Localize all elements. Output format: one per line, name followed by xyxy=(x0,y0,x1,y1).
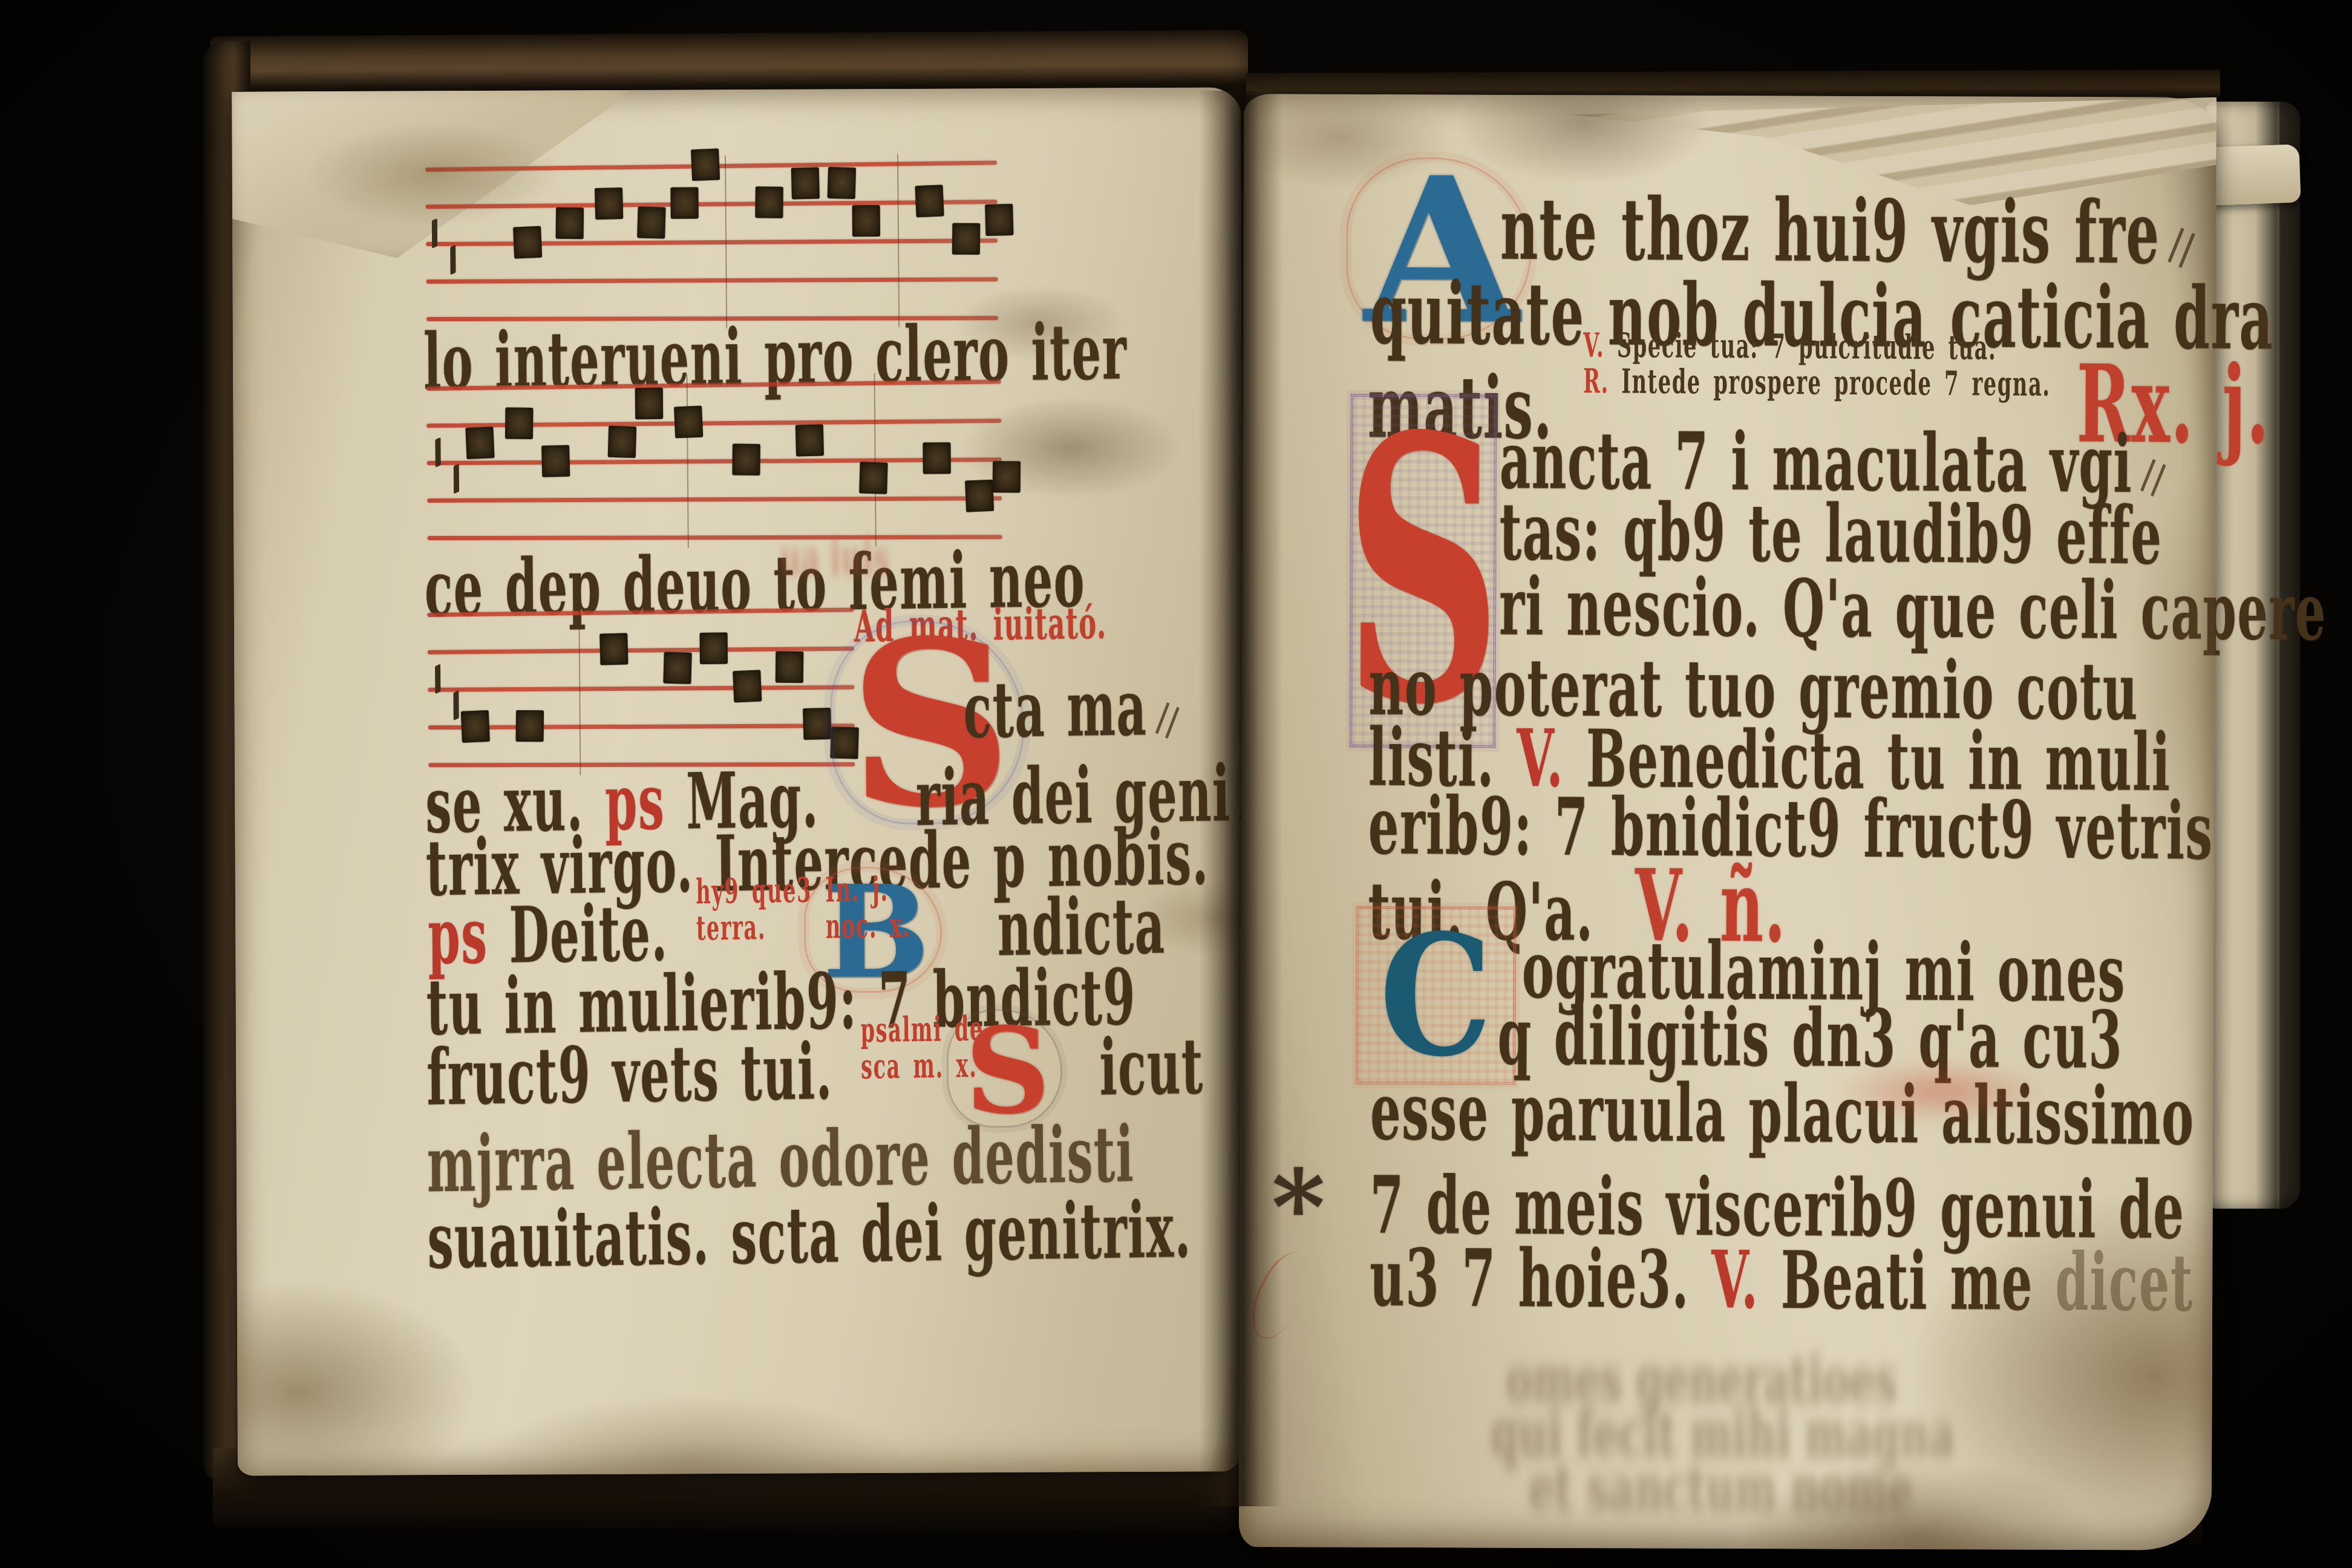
music-staff-3 xyxy=(427,609,855,771)
neume-note xyxy=(599,633,628,665)
rubric-text: noc. x. xyxy=(826,906,911,947)
music-staff-1 xyxy=(425,162,998,324)
neume-note xyxy=(952,223,980,255)
neume-note xyxy=(670,187,698,218)
rubric-stack-line: In. j. xyxy=(825,871,910,909)
neume-tick xyxy=(435,664,440,694)
neume-note xyxy=(505,407,533,439)
text-segment: icut xyxy=(1099,1022,1204,1113)
staff-line xyxy=(426,238,998,246)
show-through-line: et sanctum nome xyxy=(1529,1450,1913,1527)
line-filler-mark: // xyxy=(2167,220,2197,275)
rubric-text: V. xyxy=(1583,325,1617,365)
staff-line xyxy=(427,496,1002,503)
neume-tick xyxy=(454,464,459,494)
text-segment: V. xyxy=(1711,1234,1781,1327)
right-page-content: Ante thoz hui9 vgis fre//quitate nob dul… xyxy=(1239,94,2216,1550)
rubric-stack-line: hy9 que3 xyxy=(696,872,812,910)
neume-note xyxy=(516,710,544,742)
small-rubric-stack: psalmi desca m. x. xyxy=(860,1010,984,1086)
neume-note xyxy=(828,166,856,198)
neume-note xyxy=(595,188,623,220)
staff-line xyxy=(427,457,1002,465)
penwork-star-ornament: * xyxy=(1272,1177,1325,1238)
rubric-text: hy9 que3 xyxy=(696,870,812,911)
text-segment: esse paruula placui altissimo xyxy=(1370,1065,2195,1163)
neume-note xyxy=(733,670,762,702)
small-rubric-stack: hy9 que3terra. xyxy=(696,872,812,947)
neume-note xyxy=(803,708,831,740)
chant-text-line: esse paruula placui altissimo xyxy=(1370,1073,2195,1157)
staff-line xyxy=(428,685,854,692)
text-segment: dicet xyxy=(2033,1236,2194,1330)
left-page-content: lo interueni pro clero iterce dep deuo t… xyxy=(232,87,1247,1475)
neume-note xyxy=(674,406,703,439)
rubric-stack-line: V. Specie tua: 7 pulcritudie tua. xyxy=(1583,327,2051,367)
neume-tick xyxy=(450,245,456,275)
neume-note xyxy=(541,445,570,477)
staff-line xyxy=(428,724,855,730)
neume-note xyxy=(465,426,494,459)
neume-note xyxy=(556,207,584,238)
neume-tick xyxy=(453,691,459,721)
neume-note xyxy=(635,387,663,419)
neume-note xyxy=(985,203,1013,235)
neume-note xyxy=(915,185,944,217)
chant-text-line: cta ma// xyxy=(963,669,1178,750)
chant-text-line: nte thoz hui9 vgis fre// xyxy=(1500,187,2194,278)
chant-text-line: fruct9 vets tui. psalmi desca m. x.icut xyxy=(426,1028,1204,1117)
neume-note xyxy=(923,442,950,474)
manuscript-photo-stage: lo interueni pro clero iterce dep deuo t… xyxy=(0,0,2352,1568)
left-page-vellum: lo interueni pro clero iterce dep deuo t… xyxy=(232,87,1247,1475)
rubric-stack-line: psalmi de xyxy=(860,1010,984,1049)
neume-note xyxy=(755,186,783,218)
line-filler-mark: // xyxy=(1155,696,1181,746)
rubric-text: psalmi de xyxy=(860,1008,984,1050)
neume-note xyxy=(791,167,820,199)
text-segment: u3 7 hoie3. xyxy=(1370,1232,1712,1327)
neume-note xyxy=(965,480,994,512)
neume-note xyxy=(691,148,720,181)
small-rubric-stack: In. j.noc. x. xyxy=(825,871,911,946)
rubric-stack-line: sca m. x. xyxy=(861,1047,984,1086)
neume-note xyxy=(663,652,691,684)
rubric-stack-line: noc. x. xyxy=(826,907,911,946)
neume-note xyxy=(776,651,803,682)
small-rubric-stack: V. Specie tua: 7 pulcritudie tua.R. Inte… xyxy=(1583,327,2051,403)
neume-tick xyxy=(432,218,437,249)
neume-note xyxy=(608,425,636,457)
rubric-text: R. xyxy=(1583,362,1622,401)
illuminated-initial-c-framed-frame: C xyxy=(1355,906,1516,1085)
text-segment: suauitatis. scta dei genitrix. xyxy=(427,1185,1192,1286)
right-page-vellum: Ante thoz hui9 vgis fre//quitate nob dul… xyxy=(1239,94,2216,1550)
neume-note xyxy=(637,206,665,238)
chant-text-line: ri nescio. Q'a que celi capere xyxy=(1499,568,2327,652)
rubric-text: Intede prospere procede 7 regna. xyxy=(1621,362,2051,404)
neume-note xyxy=(993,461,1021,492)
rubric-text: Specie tua: 7 pulcritudie tua. xyxy=(1617,326,1997,368)
rubric-text: In. j. xyxy=(825,869,889,910)
chant-text-line: u3 7 hoie3. V. Beati me dicet xyxy=(1370,1239,2194,1323)
neume-note xyxy=(513,226,542,259)
rubric-text: sca m. x. xyxy=(861,1045,978,1086)
neume-tick xyxy=(435,437,440,468)
staff-line xyxy=(426,277,998,284)
chant-text-line: suauitatis. scta dei genitrix. xyxy=(427,1192,1192,1281)
neume-note xyxy=(795,424,824,456)
text-gap xyxy=(991,1094,1100,1096)
text-segment: fruct9 vets tui. xyxy=(426,1027,855,1123)
music-staff-2 xyxy=(426,381,1002,543)
text-segment: Beati me xyxy=(1781,1234,2034,1328)
neume-note xyxy=(859,462,887,494)
neume-note xyxy=(732,444,760,475)
neume-note xyxy=(700,633,728,664)
neume-note xyxy=(852,205,880,237)
staff-line xyxy=(426,200,998,209)
text-segment: cta ma xyxy=(963,663,1148,756)
rubric-text: terra. xyxy=(696,907,766,948)
neume-note xyxy=(461,710,490,743)
illuminated-initial-c-framed: C xyxy=(1379,898,1492,1094)
rubric-stack-line: R. Intede prospere procede 7 regna. xyxy=(1583,364,2051,403)
rubric-stack-line: terra. xyxy=(696,909,812,947)
